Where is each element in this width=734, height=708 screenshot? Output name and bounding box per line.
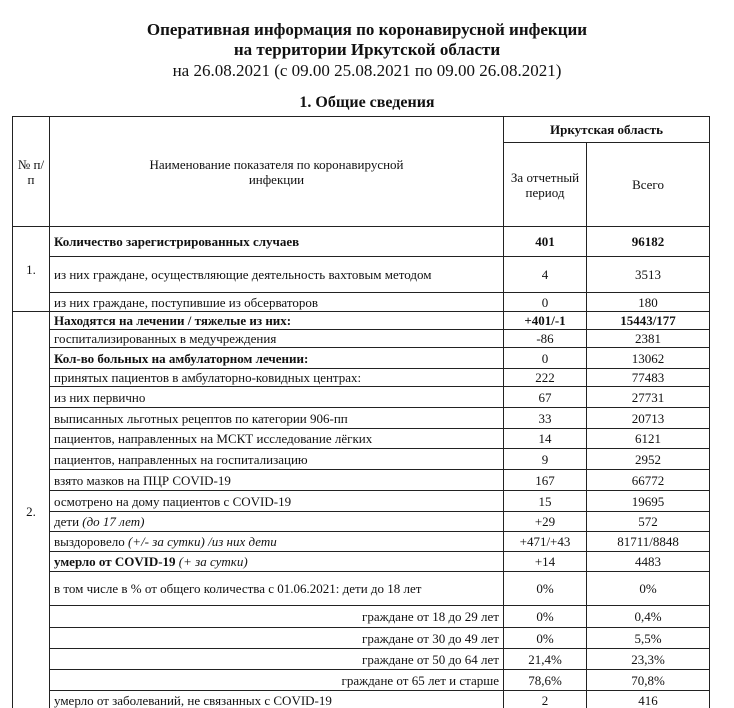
table-row: из них граждане, поступившие из обсерват… bbox=[13, 293, 710, 312]
row-label: умерло от заболеваний, не связанных с CO… bbox=[50, 691, 504, 708]
table-row: выздоровело (+/- за сутки) /из них дети … bbox=[13, 532, 710, 552]
row-label: граждане от 18 до 29 лет bbox=[50, 606, 504, 628]
covid-stats-table: № п/п Наименование показателя по коронав… bbox=[12, 116, 710, 708]
row-label-text: умерло от COVID-19 bbox=[54, 554, 176, 569]
table-row: из них первично 67 27731 bbox=[13, 387, 710, 408]
row-period-value: -86 bbox=[504, 330, 587, 348]
column-header-number: № п/п bbox=[13, 117, 50, 227]
row-period-value: 14 bbox=[504, 429, 587, 449]
row-label: Количество зарегистрированных случаев bbox=[50, 227, 504, 257]
row-period-value: 0% bbox=[504, 628, 587, 649]
table-row: из них граждане, осуществляющие деятельн… bbox=[13, 257, 710, 293]
row-label: Находятся на лечении / тяжелые из них: bbox=[50, 312, 504, 330]
row-total-value: 70,8% bbox=[587, 670, 710, 691]
row-label: выздоровело (+/- за сутки) /из них дети bbox=[50, 532, 504, 552]
row-label: граждане от 50 до 64 лет bbox=[50, 649, 504, 670]
row-label: госпитализированных в медучреждения bbox=[50, 330, 504, 348]
row-period-value: 0 bbox=[504, 293, 587, 312]
table-row: пациентов, направленных на госпитализаци… bbox=[13, 449, 710, 470]
row-total-value: 2952 bbox=[587, 449, 710, 470]
row-label: граждане от 65 лет и старше bbox=[50, 670, 504, 691]
row-period-value: 0 bbox=[504, 348, 587, 369]
row-period-value: 9 bbox=[504, 449, 587, 470]
report-date-range: на 26.08.2021 (с 09.00 25.08.2021 по 09.… bbox=[0, 61, 734, 81]
row-total-value: 0,4% bbox=[587, 606, 710, 628]
row-total-value: 2381 bbox=[587, 330, 710, 348]
row-total-value: 20713 bbox=[587, 408, 710, 429]
row-total-value: 572 bbox=[587, 512, 710, 532]
table-row: дети (до 17 лет) +29 572 bbox=[13, 512, 710, 532]
column-header-indicator: Наименование показателя по коронавирусно… bbox=[50, 117, 504, 227]
row-label: пациентов, направленных на госпитализаци… bbox=[50, 449, 504, 470]
row-total-value: 0% bbox=[587, 572, 710, 606]
row-total-value: 15443/177 bbox=[587, 312, 710, 330]
row-period-value: 167 bbox=[504, 470, 587, 491]
row-total-value: 81711/8848 bbox=[587, 532, 710, 552]
table-row: умерло от COVID-19 (+ за сутки) +14 4483 bbox=[13, 552, 710, 572]
row-total-value: 13062 bbox=[587, 348, 710, 369]
table-row: граждане от 65 лет и старше 78,6% 70,8% bbox=[13, 670, 710, 691]
row-label: из них граждане, осуществляющие деятельн… bbox=[50, 257, 504, 293]
report-title-region: на территории Иркутской области bbox=[0, 40, 734, 60]
row-label: граждане от 30 до 49 лет bbox=[50, 628, 504, 649]
row-period-value: 222 bbox=[504, 369, 587, 387]
table-row: выписанных льготных рецептов по категори… bbox=[13, 408, 710, 429]
row-total-value: 23,3% bbox=[587, 649, 710, 670]
row-label-note: (+ за сутки) bbox=[179, 554, 248, 569]
row-period-value: 15 bbox=[504, 491, 587, 512]
row-period-value: +401/-1 bbox=[504, 312, 587, 330]
row-label-text: выздоровело bbox=[54, 534, 125, 549]
row-total-value: 6121 bbox=[587, 429, 710, 449]
row-label-note: (+/- за сутки) /из них дети bbox=[128, 534, 277, 549]
row-label: из них первично bbox=[50, 387, 504, 408]
row-label: из них граждане, поступившие из обсерват… bbox=[50, 293, 504, 312]
row-label: взято мазков на ПЦР COVID-19 bbox=[50, 470, 504, 491]
row-label: в том числе в % от общего количества с 0… bbox=[50, 572, 504, 606]
row-period-value: +14 bbox=[504, 552, 587, 572]
table-row: Кол-во больных на амбулаторном лечении: … bbox=[13, 348, 710, 369]
row-total-value: 77483 bbox=[587, 369, 710, 387]
table-row: 2. Находятся на лечении / тяжелые из них… bbox=[13, 312, 710, 330]
row-label-note: (до 17 лет) bbox=[82, 514, 144, 529]
row-label: пациентов, направленных на МСКТ исследов… bbox=[50, 429, 504, 449]
group-number: 1. bbox=[13, 227, 50, 312]
row-total-value: 66772 bbox=[587, 470, 710, 491]
row-total-value: 3513 bbox=[587, 257, 710, 293]
table-row: граждане от 18 до 29 лет 0% 0,4% bbox=[13, 606, 710, 628]
table-row: взято мазков на ПЦР COVID-19 167 66772 bbox=[13, 470, 710, 491]
table-row: госпитализированных в медучреждения -86 … bbox=[13, 330, 710, 348]
table-row: пациентов, направленных на МСКТ исследов… bbox=[13, 429, 710, 449]
group-number: 2. bbox=[13, 312, 50, 708]
row-total-value: 96182 bbox=[587, 227, 710, 257]
row-label: дети (до 17 лет) bbox=[50, 512, 504, 532]
row-period-value: 21,4% bbox=[504, 649, 587, 670]
table-row: в том числе в % от общего количества с 0… bbox=[13, 572, 710, 606]
section-title: 1. Общие сведения bbox=[0, 94, 734, 112]
row-label-text: дети bbox=[54, 514, 79, 529]
table-row: принятых пациентов в амбулаторно-ковидны… bbox=[13, 369, 710, 387]
row-label: принятых пациентов в амбулаторно-ковидны… bbox=[50, 369, 504, 387]
row-period-value: 401 bbox=[504, 227, 587, 257]
row-label: умерло от COVID-19 (+ за сутки) bbox=[50, 552, 504, 572]
table-row: граждане от 50 до 64 лет 21,4% 23,3% bbox=[13, 649, 710, 670]
row-period-value: 33 bbox=[504, 408, 587, 429]
row-total-value: 416 bbox=[587, 691, 710, 708]
row-period-value: 4 bbox=[504, 257, 587, 293]
row-period-value: +471/+43 bbox=[504, 532, 587, 552]
row-label: выписанных льготных рецептов по категори… bbox=[50, 408, 504, 429]
row-total-value: 180 bbox=[587, 293, 710, 312]
table-row: осмотрено на дому пациентов с COVID-19 1… bbox=[13, 491, 710, 512]
column-header-region: Иркутская область bbox=[504, 117, 710, 143]
row-period-value: 0% bbox=[504, 606, 587, 628]
column-header-total: Всего bbox=[587, 143, 710, 227]
row-total-value: 27731 bbox=[587, 387, 710, 408]
row-period-value: 0% bbox=[504, 572, 587, 606]
row-period-value: +29 bbox=[504, 512, 587, 532]
column-header-period: За отчетный период bbox=[504, 143, 587, 227]
table-row: умерло от заболеваний, не связанных с CO… bbox=[13, 691, 710, 708]
row-period-value: 78,6% bbox=[504, 670, 587, 691]
row-label: осмотрено на дому пациентов с COVID-19 bbox=[50, 491, 504, 512]
table-row: 1. Количество зарегистрированных случаев… bbox=[13, 227, 710, 257]
report-title: Оперативная информация по коронавирусной… bbox=[0, 20, 734, 40]
table-header-row: № п/п Наименование показателя по коронав… bbox=[13, 117, 710, 143]
row-period-value: 2 bbox=[504, 691, 587, 708]
row-total-value: 19695 bbox=[587, 491, 710, 512]
row-total-value: 5,5% bbox=[587, 628, 710, 649]
table-row: граждане от 30 до 49 лет 0% 5,5% bbox=[13, 628, 710, 649]
row-period-value: 67 bbox=[504, 387, 587, 408]
row-total-value: 4483 bbox=[587, 552, 710, 572]
row-label: Кол-во больных на амбулаторном лечении: bbox=[50, 348, 504, 369]
